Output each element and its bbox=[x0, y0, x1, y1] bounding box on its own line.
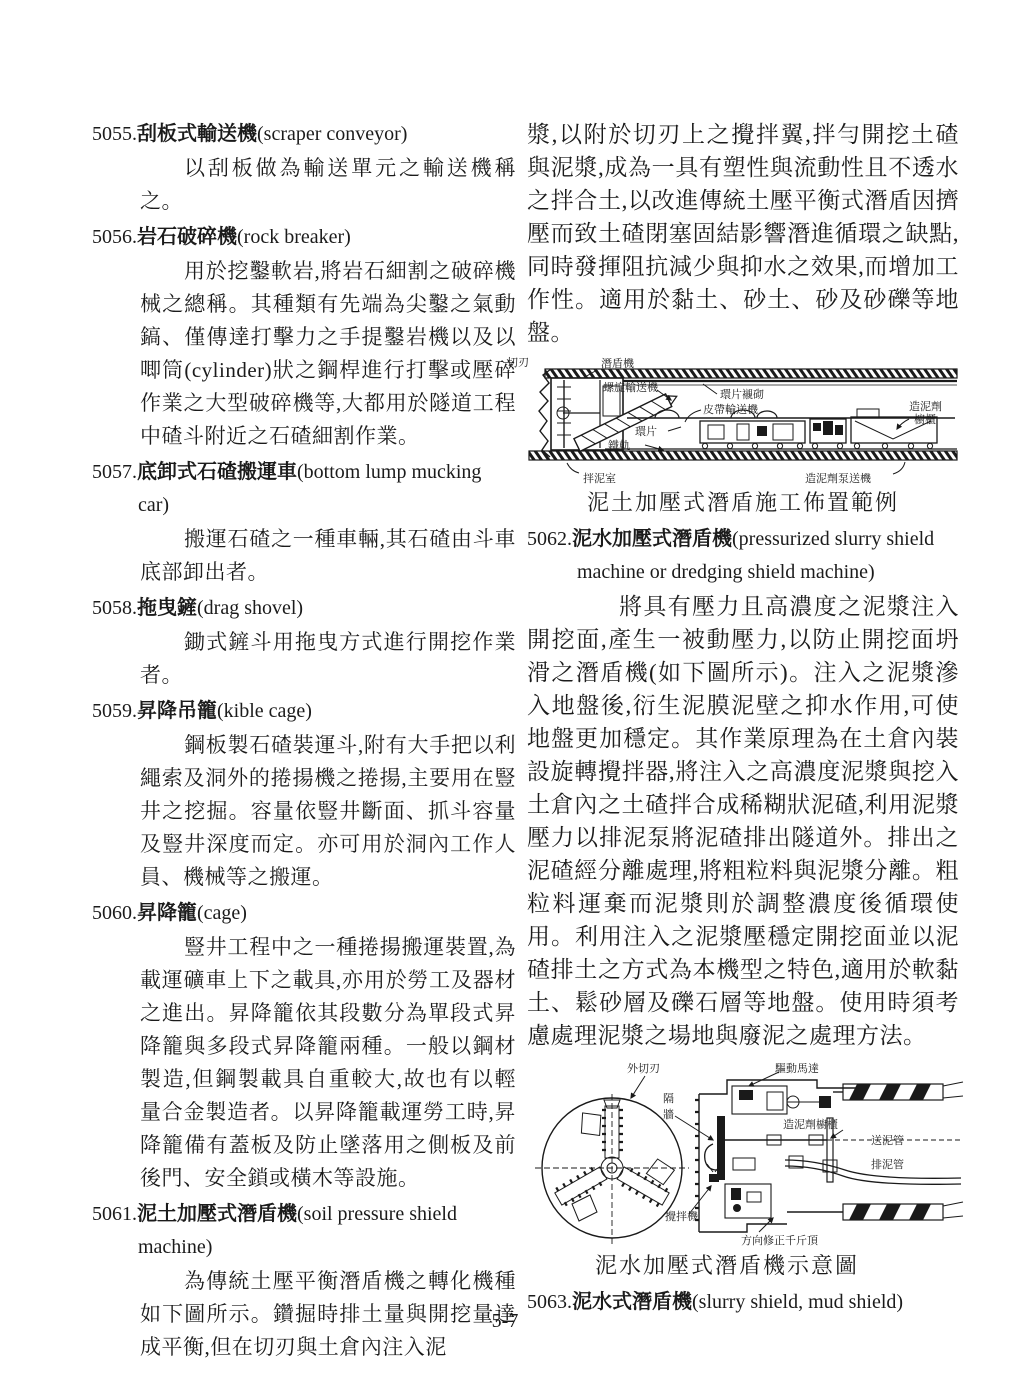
entry-heading: 5058.拖曳鏟(drag shovel) bbox=[92, 592, 516, 625]
label-screw-conveyor: 螺旋輸送機 bbox=[603, 380, 659, 394]
entry-heading: 5062.泥水加壓式潛盾機(pressurized slurry shield … bbox=[527, 523, 959, 589]
tunnel-invert-ground bbox=[529, 451, 957, 460]
label-agitator: 攪拌機 bbox=[665, 1209, 699, 1223]
entry-number: 5059. bbox=[92, 700, 137, 722]
entry-term: 拖曳鏟 bbox=[137, 597, 197, 619]
label-belt-conveyor: 皮帶輸送機 bbox=[703, 402, 759, 416]
entry-term: 刮板式輸送機 bbox=[137, 123, 257, 145]
entry-heading: 5056.岩石破碎機(rock breaker) bbox=[92, 221, 516, 254]
agitator-blob bbox=[709, 1174, 719, 1182]
entry-definition: 搬運石碴之一種車輛,其石碴由斗車底部卸出者。 bbox=[140, 523, 516, 589]
top-shield-jack bbox=[833, 1082, 963, 1100]
entry-term: 泥水加壓式潛盾機 bbox=[572, 528, 732, 550]
entry-term: 底卸式石碴搬運車 bbox=[137, 461, 297, 483]
label-rail: 鐵軌 bbox=[608, 438, 630, 452]
figure2-caption: 泥水加壓式潛盾機示意圖 bbox=[527, 1250, 927, 1282]
entry-definition: 鋤式鏟斗用拖曳方式進行開挖作業者。 bbox=[140, 626, 516, 692]
label-steering-jack: 方向修正千斤頂 bbox=[741, 1233, 818, 1247]
entry-number: 5055. bbox=[92, 123, 137, 145]
label-agent-pump: 造泥劑泵送機 bbox=[805, 471, 872, 485]
entry-definition: 豎井工程中之一種捲揚搬運裝置,為載運礦車上下之載具,亦用於勞工及器材之進出。昇降… bbox=[140, 931, 516, 1195]
label-bulkhead-1: 隔 bbox=[663, 1092, 674, 1105]
label-soil-agent-2: 櫥櫃 bbox=[914, 412, 936, 426]
figure1-caption: 泥土加壓式潛盾施工佈置範例 bbox=[527, 487, 959, 519]
entry-heading: 5061.泥土加壓式潛盾機(soil pressure shield machi… bbox=[92, 1198, 516, 1264]
entry-5056: 5056.岩石破碎機(rock breaker) 用於挖鑿軟岩,將岩石細割之破碎… bbox=[92, 221, 516, 453]
excavation-face bbox=[539, 369, 551, 457]
machine-section-drawing bbox=[695, 1080, 963, 1232]
entry-heading: 5060.昇降籠(cage) bbox=[92, 897, 516, 930]
entry-term-en: (rock breaker) bbox=[237, 226, 351, 248]
entry-definition: 鋼板製石碴裝運斗,附有大手把以利繩索及洞外的捲揚機之捲揚,主要用在豎井之挖掘。容… bbox=[140, 729, 516, 894]
label-segment-lining: 環片襯砌 bbox=[720, 387, 764, 401]
entry-5058: 5058.拖曳鏟(drag shovel) 鋤式鏟斗用拖曳方式進行開挖作業者。 bbox=[92, 592, 516, 692]
entry-definition: 以刮板做為輸送單元之輸送機稱之。 bbox=[140, 152, 516, 218]
label-discharge-pipe: 排泥管 bbox=[871, 1157, 904, 1171]
entry-number: 5062. bbox=[527, 528, 572, 550]
entry-term-en: (cage) bbox=[197, 902, 247, 924]
entry-number: 5056. bbox=[92, 226, 137, 248]
entry-term: 泥土加壓式潛盾機 bbox=[137, 1203, 297, 1225]
slurry-shield-diagram: 外切刃 驅動馬達 隔 牆 造泥劑櫥櫃 送泥管 排泥管 攪拌機 方向修正千斤頂 bbox=[527, 1056, 967, 1248]
left-column: 5055.刮板式輸送機(scraper conveyor) 以刮板做為輸送單元之… bbox=[92, 118, 516, 1367]
entry-definition: 將具有壓力且高濃度之泥漿注入開挖面,產生一被動壓力,以防止開挖面坍滑之潛盾機(如… bbox=[527, 590, 959, 1052]
label-outer-cutter: 外切刃 bbox=[627, 1061, 660, 1075]
right-column: 漿,以附於切刃上之攪拌翼,拌勻開挖土碴與泥漿,成為一具有塑性與流動性且不透水之拌… bbox=[527, 118, 959, 1321]
entry-number: 5057. bbox=[92, 461, 137, 483]
label-segment: 環片 bbox=[635, 424, 657, 438]
entry-number: 5058. bbox=[92, 597, 137, 619]
entry-term-en: (scraper conveyor) bbox=[257, 123, 407, 145]
label-shield-machine: 潛盾機 bbox=[601, 356, 635, 370]
entry-definition: 用於挖鑿軟岩,將岩石細割之破碎機械之總稱。其種類有先端為尖鑿之氣動鎬、僅傳達打擊… bbox=[140, 255, 516, 453]
entry-5060: 5060.昇降籠(cage) 豎井工程中之一種捲揚搬運裝置,為載運礦車上下之載具… bbox=[92, 897, 516, 1195]
entry-heading: 5057.底卸式石碴搬運車(bottom lump mucking car) bbox=[92, 456, 516, 522]
trailing-gantry-drawing bbox=[605, 409, 957, 449]
entry-heading: 5059.昇降吊籠(kible cage) bbox=[92, 695, 516, 728]
entry-term: 昇降籠 bbox=[137, 902, 197, 924]
entry-number: 5061. bbox=[92, 1203, 137, 1225]
bottom-shield-jack bbox=[787, 1202, 963, 1220]
figure-slurry-shield: 外切刃 驅動馬達 隔 牆 造泥劑櫥櫃 送泥管 排泥管 攪拌機 方向修正千斤頂 bbox=[527, 1056, 959, 1248]
label-cutter: 切刃 bbox=[507, 355, 529, 369]
label-feed-pipe: 送泥管 bbox=[871, 1133, 904, 1147]
label-soil-agent-1: 造泥劑 bbox=[909, 399, 942, 413]
entry-number: 5060. bbox=[92, 902, 137, 924]
page: { "page": { "number": "5-7" }, "entries"… bbox=[0, 0, 1024, 1400]
entry-term-en: (kible cage) bbox=[217, 700, 312, 722]
entry-5061: 5061.泥土加壓式潛盾機(soil pressure shield machi… bbox=[92, 1198, 516, 1364]
entry-term-en: (drag shovel) bbox=[197, 597, 303, 619]
entry-5055: 5055.刮板式輸送機(scraper conveyor) 以刮板做為輸送單元之… bbox=[92, 118, 516, 218]
entry-term: 岩石破碎機 bbox=[137, 226, 237, 248]
entry-heading: 5055.刮板式輸送機(scraper conveyor) bbox=[92, 118, 516, 151]
label-bulkhead-2: 牆 bbox=[663, 1107, 674, 1121]
entry-5057: 5057.底卸式石碴搬運車(bottom lump mucking car) 搬… bbox=[92, 456, 516, 589]
page-number: 5-7 bbox=[0, 1310, 1010, 1333]
bulkhead-bar bbox=[717, 1116, 725, 1180]
tunnel-crown-ground bbox=[545, 369, 957, 378]
entry-5059: 5059.昇降吊籠(kible cage) 鋼板製石碴裝運斗,附有大手把以利繩索… bbox=[92, 695, 516, 894]
label-drive-motor: 驅動馬達 bbox=[774, 1061, 819, 1075]
label-agent-cabinet: 造泥劑櫥櫃 bbox=[783, 1117, 838, 1131]
entry-term: 昇降吊籠 bbox=[137, 700, 217, 722]
label-mud-chamber: 拌泥室 bbox=[583, 471, 616, 485]
entry-5062: 5062.泥水加壓式潛盾機(pressurized slurry shield … bbox=[527, 523, 959, 1052]
epb-layout-diagram: 切刃 潛盾機 螺旋輸送機 環片襯砌 皮帶輸送機 造泥劑 櫥櫃 環片 鐵軌 拌泥室… bbox=[505, 353, 960, 485]
figure-epb-layout: 切刃 潛盾機 螺旋輸送機 環片襯砌 皮帶輸送機 造泥劑 櫥櫃 環片 鐵軌 拌泥室… bbox=[505, 353, 959, 485]
entry-5061-definition-continued: 漿,以附於切刃上之攪拌翼,拌勻開挖土碴與泥漿,成為一具有塑性與流動性且不透水之拌… bbox=[527, 118, 959, 349]
